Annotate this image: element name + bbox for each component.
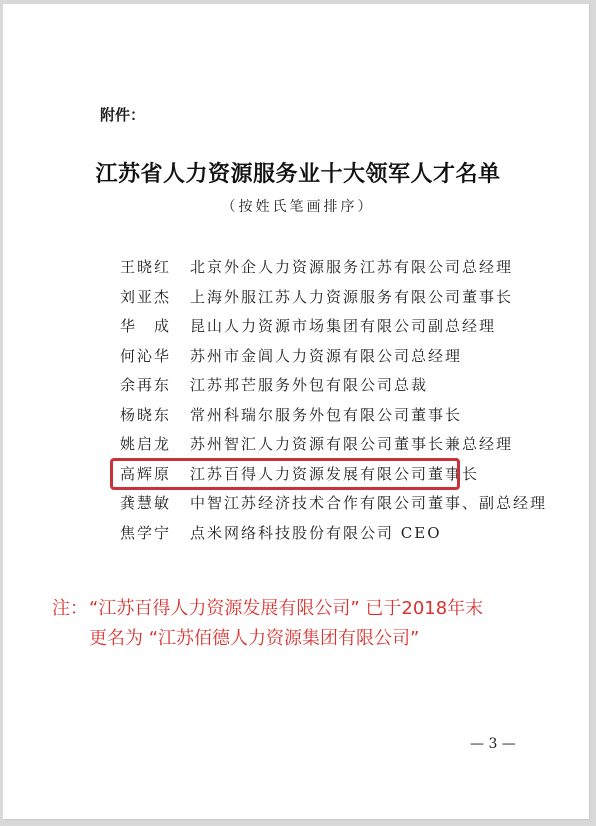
list-item: 王晓红北京外企人力资源服务江苏有限公司总经理 xyxy=(120,255,547,285)
person-name: 姚启龙 xyxy=(120,432,190,456)
attachment-label: 附件： xyxy=(100,104,145,125)
note-line-2: 更名为 “江苏佰德人力资源集团有限公司” xyxy=(52,624,483,654)
person-position: 常州科瑞尔服务外包有限公司董事长 xyxy=(190,403,462,427)
person-position: 苏州智汇人力资源有限公司董事长兼总经理 xyxy=(190,432,513,456)
person-position: 昆山人力资源市场集团有限公司副总经理 xyxy=(190,314,496,338)
document-subtitle: （按姓氏笔画排序） xyxy=(0,196,596,216)
person-name: 龚慧敏 xyxy=(120,491,190,515)
person-name: 刘亚杰 xyxy=(120,285,190,309)
note-line-1: 注：“江苏百得人力资源发展有限公司” 已于2018年末 xyxy=(52,594,483,624)
person-name: 杨晓东 xyxy=(120,403,190,427)
note-label: 注： xyxy=(52,594,89,624)
person-position: 苏州市金阊人力资源有限公司总经理 xyxy=(190,344,462,368)
list-item: 余再东江苏邦芒服务外包有限公司总裁 xyxy=(120,373,547,403)
note-text-1: “江苏百得人力资源发展有限公司” 已于2018年末 xyxy=(89,598,483,619)
list-item: 刘亚杰上海外服江苏人力资源服务有限公司董事长 xyxy=(120,285,547,315)
list-item: 杨晓东常州科瑞尔服务外包有限公司董事长 xyxy=(120,403,547,433)
list-item: 何沁华苏州市金阊人力资源有限公司总经理 xyxy=(120,344,547,374)
person-name: 余再东 xyxy=(120,373,190,397)
list-item: 华 成昆山人力资源市场集团有限公司副总经理 xyxy=(120,314,547,344)
highlight-box xyxy=(110,458,460,490)
person-name: 王晓红 xyxy=(120,255,190,279)
page-number: — 3 — xyxy=(470,736,516,752)
document-title: 江苏省人力资源服务业十大领军人才名单 xyxy=(0,157,596,188)
person-position: 江苏邦芒服务外包有限公司总裁 xyxy=(190,373,428,397)
person-position: 中智江苏经济技术合作有限公司董事、副总经理 xyxy=(190,491,547,515)
person-position: 上海外服江苏人力资源服务有限公司董事长 xyxy=(190,285,513,309)
talent-list: 王晓红北京外企人力资源服务江苏有限公司总经理 刘亚杰上海外服江苏人力资源服务有限… xyxy=(120,255,547,550)
person-name: 何沁华 xyxy=(120,344,190,368)
list-item: 焦学宁点米网络科技股份有限公司 CEO xyxy=(120,521,547,551)
person-position: 点米网络科技股份有限公司 CEO xyxy=(190,521,442,545)
person-name: 华 成 xyxy=(120,314,190,338)
list-item: 龚慧敏中智江苏经济技术合作有限公司董事、副总经理 xyxy=(120,491,547,521)
annotation-note: 注：“江苏百得人力资源发展有限公司” 已于2018年末 更名为 “江苏佰德人力资… xyxy=(52,594,483,654)
person-name: 焦学宁 xyxy=(120,521,190,545)
person-position: 北京外企人力资源服务江苏有限公司总经理 xyxy=(190,255,513,279)
